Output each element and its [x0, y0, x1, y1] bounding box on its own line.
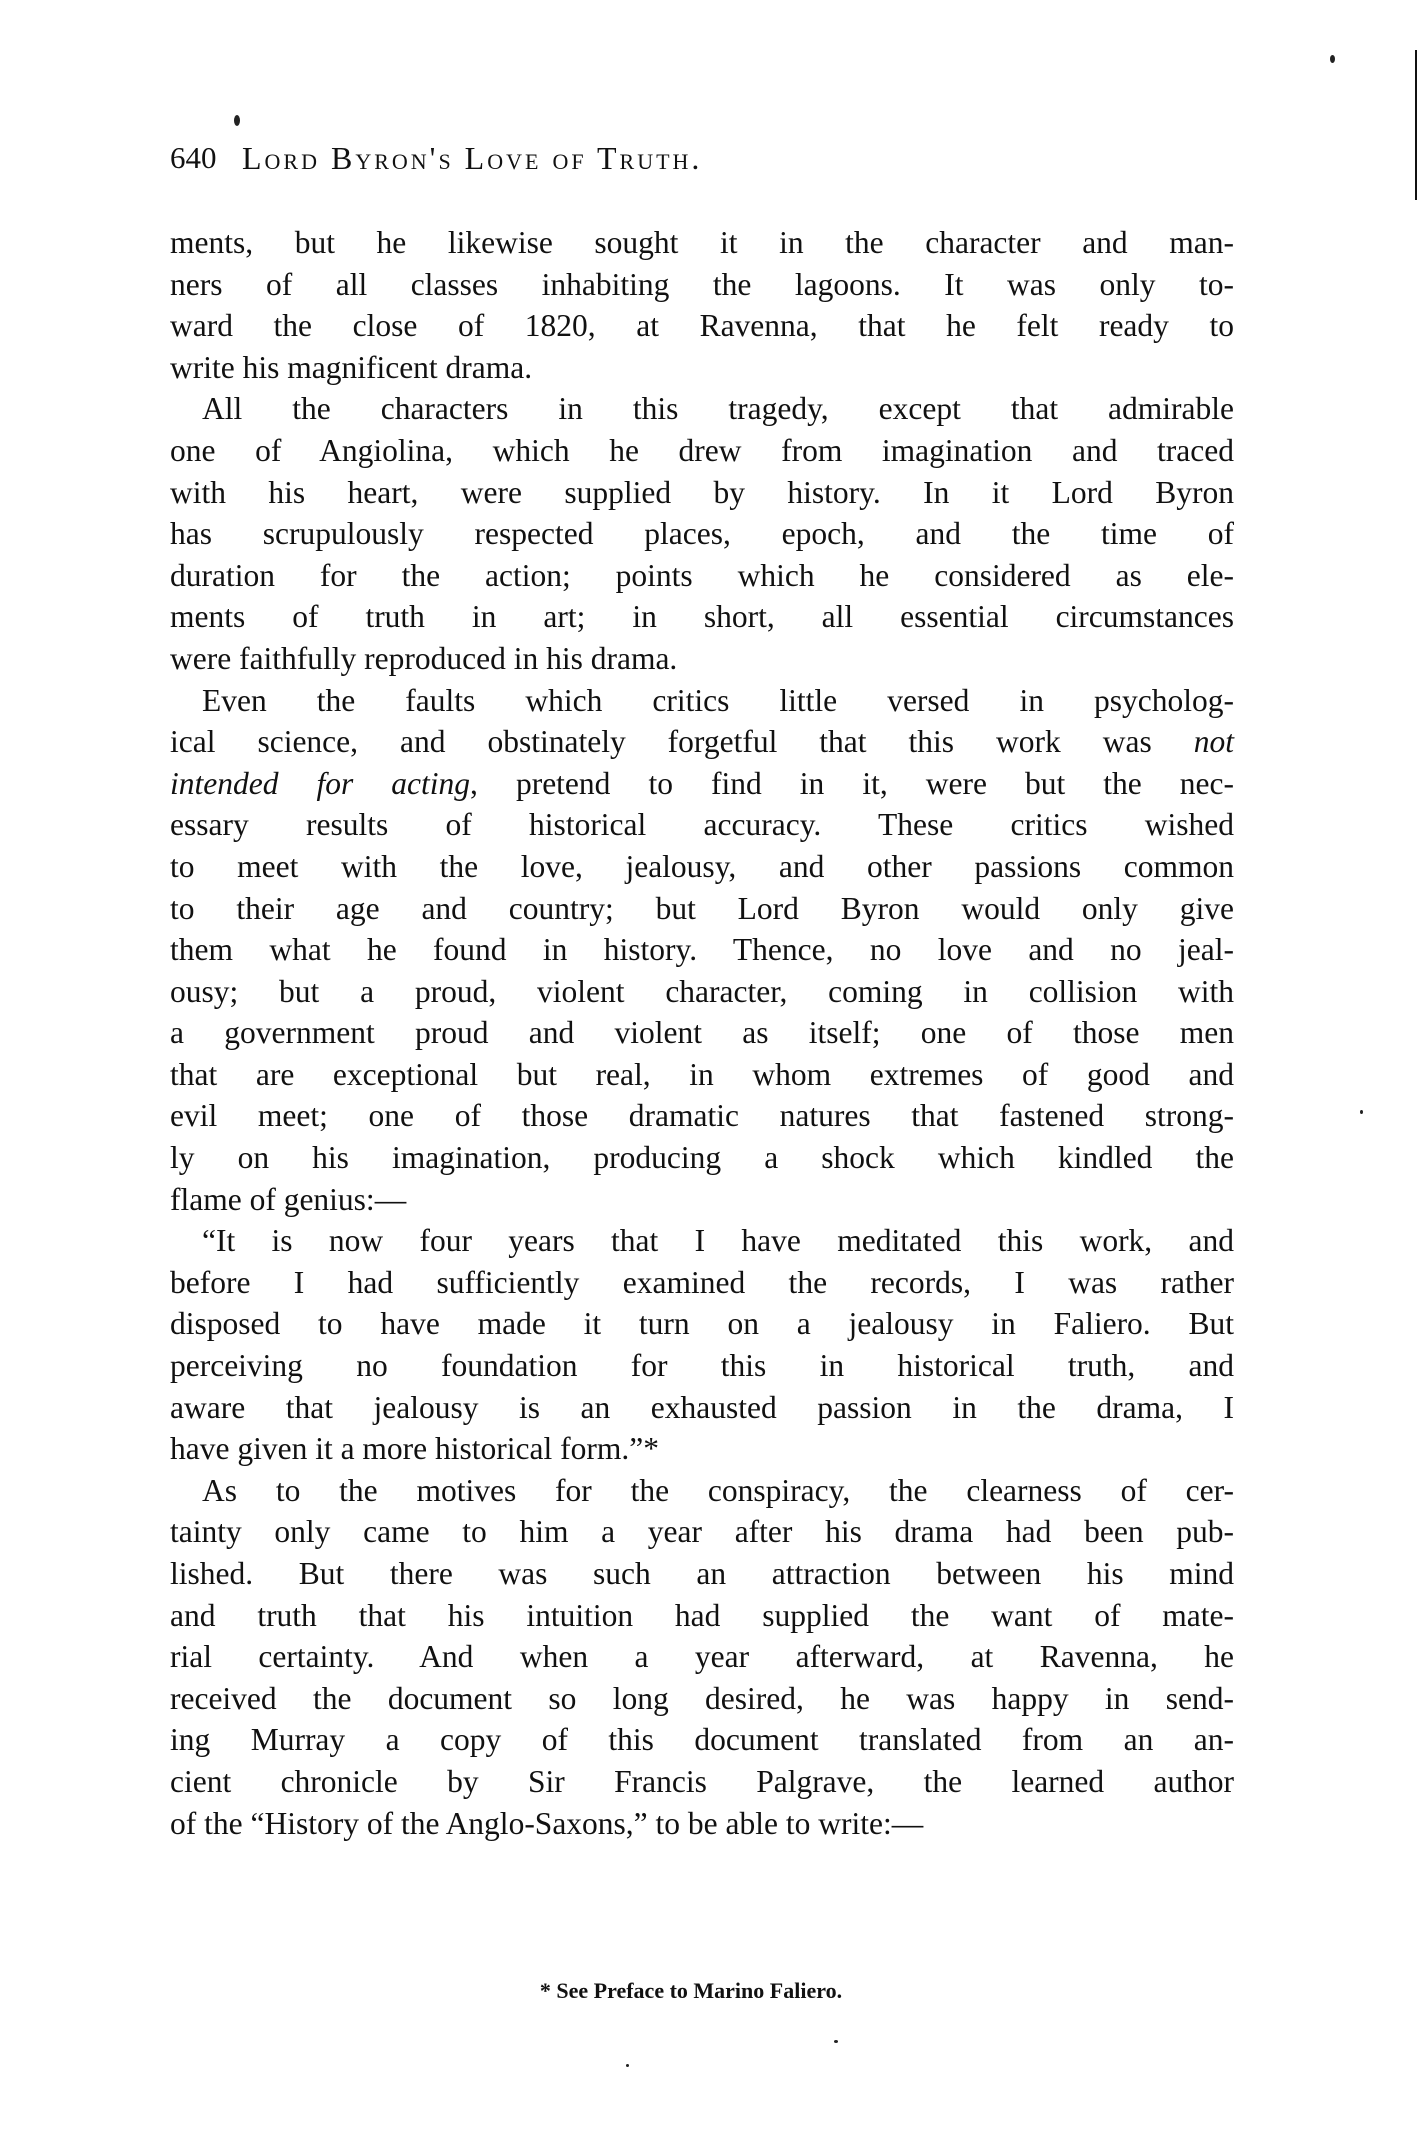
running-title: Lord Byron's Love of Truth.: [242, 140, 702, 177]
footnote-text: * See Preface to Marino Faliero.: [540, 1978, 842, 2004]
text-line: evil meet; one of those dramatic natures…: [170, 1095, 1234, 1137]
text-line: ments, but he likewise sought it in the …: [170, 222, 1234, 264]
text-line: tainty only came to him a year after his…: [170, 1511, 1234, 1553]
text-line: have given it a more historical form.”*: [170, 1428, 1234, 1470]
italic-text: intended for acting: [170, 766, 470, 801]
text-segment: ical science, and obstinately forgetful …: [170, 724, 1194, 759]
book-page: 640 Lord Byron's Love of Truth. ments, b…: [0, 0, 1426, 2156]
text-line: cient chronicle by Sir Francis Palgrave,…: [170, 1761, 1234, 1803]
text-line: rial certainty. And when a year afterwar…: [170, 1636, 1234, 1678]
text-line: with his heart, were supplied by history…: [170, 472, 1234, 514]
text-line: intended for acting, pretend to find in …: [170, 763, 1234, 805]
text-line: aware that jealousy is an exhausted pass…: [170, 1387, 1234, 1429]
text-line: and truth that his intuition had supplie…: [170, 1595, 1234, 1637]
text-line: perceiving no foundation for this in his…: [170, 1345, 1234, 1387]
text-line: Even the faults which critics little ver…: [170, 680, 1234, 722]
text-line: essary results of historical accuracy. T…: [170, 804, 1234, 846]
running-header: 640 Lord Byron's Love of Truth.: [170, 140, 1230, 186]
text-line: to their age and country; but Lord Byron…: [170, 888, 1234, 930]
text-line: received the document so long desired, h…: [170, 1678, 1234, 1720]
text-line: disposed to have made it turn on a jealo…: [170, 1303, 1234, 1345]
text-line: that are exceptional but real, in whom e…: [170, 1054, 1234, 1096]
text-line: ments of truth in art; in short, all ess…: [170, 596, 1234, 638]
text-line: ly on his imagination, producing a shock…: [170, 1137, 1234, 1179]
ink-speck: [834, 2040, 838, 2043]
ink-speck: [626, 2064, 629, 2067]
italic-text: not: [1194, 724, 1234, 759]
text-line: a government proud and violent as itself…: [170, 1012, 1234, 1054]
text-line: As to the motives for the conspiracy, th…: [170, 1470, 1234, 1512]
text-line: one of Angiolina, which he drew from ima…: [170, 430, 1234, 472]
text-line: ing Murray a copy of this document trans…: [170, 1719, 1234, 1761]
scan-edge-mark: [1415, 50, 1417, 200]
text-line: write his magnificent drama.: [170, 347, 1234, 389]
text-line: them what he found in history. Thence, n…: [170, 929, 1234, 971]
text-line: ward the close of 1820, at Ravenna, that…: [170, 305, 1234, 347]
ink-speck: [1360, 1110, 1363, 1114]
text-line: lished. But there was such an attraction…: [170, 1553, 1234, 1595]
text-line: “It is now four years that I have medita…: [170, 1220, 1234, 1262]
text-line: were faithfully reproduced in his drama.: [170, 638, 1234, 680]
text-segment: , pretend to find in it, were but the ne…: [470, 766, 1234, 801]
text-line: ners of all classes inhabiting the lagoo…: [170, 264, 1234, 306]
text-line: has scrupulously respected places, epoch…: [170, 513, 1234, 555]
text-line: ousy; but a proud, violent character, co…: [170, 971, 1234, 1013]
text-line: before I had sufficiently examined the r…: [170, 1262, 1234, 1304]
text-line: ical science, and obstinately forgetful …: [170, 721, 1234, 763]
footnote: * See Preface to Marino Faliero.: [0, 1978, 1426, 2004]
text-line: All the characters in this tragedy, exce…: [170, 388, 1234, 430]
page-number: 640: [170, 140, 217, 176]
text-line: duration for the action; points which he…: [170, 555, 1234, 597]
text-line: flame of genius:—: [170, 1179, 1234, 1221]
ink-speck: [1330, 55, 1335, 63]
ink-speck: [234, 115, 240, 126]
body-text: ments, but he likewise sought it in the …: [170, 222, 1234, 1844]
text-line: to meet with the love, jealousy, and oth…: [170, 846, 1234, 888]
text-line: of the “History of the Anglo-Saxons,” to…: [170, 1803, 1234, 1845]
